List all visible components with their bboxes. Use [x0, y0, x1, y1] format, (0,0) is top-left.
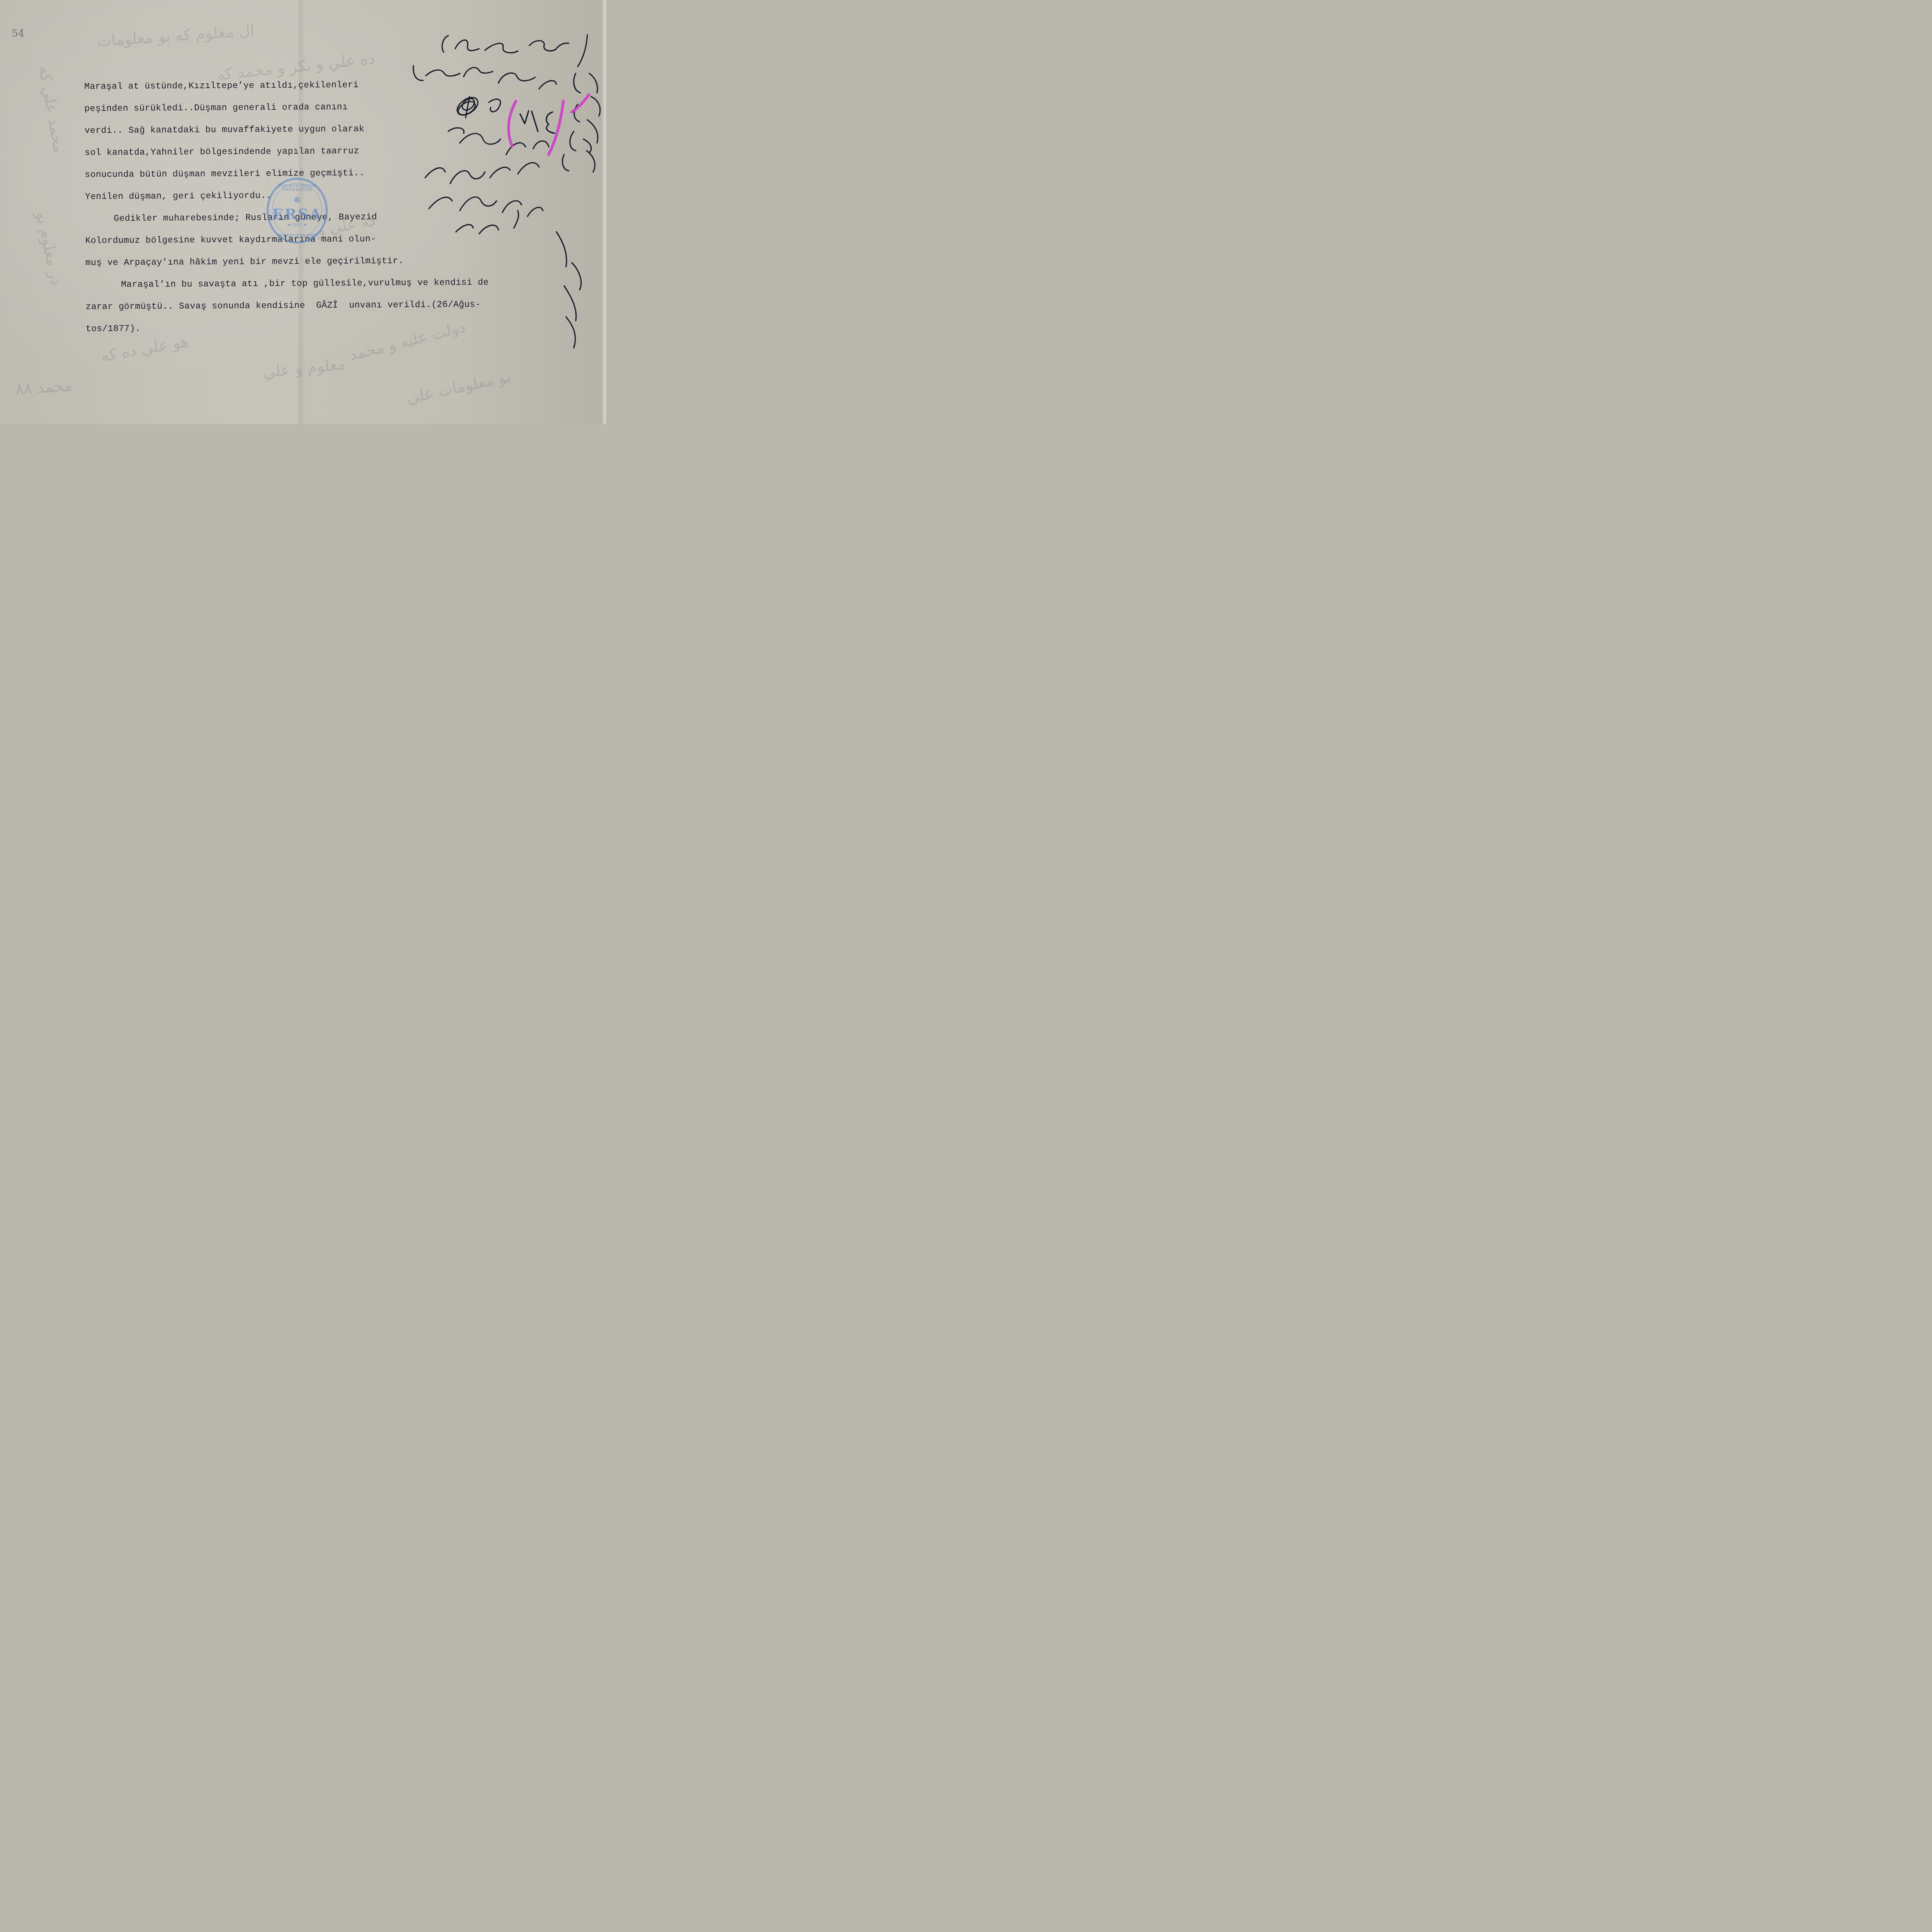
show-through-text: ﻣﺤﻤﺪ ٨٨ [15, 377, 73, 398]
stamp-name: ERSA [269, 205, 326, 223]
stamp-archive-text: ERZURUM ŞEHİR ARŞİVİ [269, 233, 326, 237]
typed-line: Maraşal at üstünde,Kızıltepe’ye atıldı,ç… [84, 73, 455, 98]
typed-line: zarar görmüştü.. Savaş sonunda kendisine… [85, 294, 456, 318]
stamp-university-text: ERZURUM TEKNİK ÜNİVERSİTESİ [269, 184, 326, 192]
typed-line: sol kanatda,Yahniler bölgesindende yapıl… [85, 139, 456, 164]
typed-line: Kolordumuz bölgesine kuvvet kaydırmaları… [85, 228, 456, 252]
handwritten-annotation [402, 15, 606, 363]
snowflake-icon: ✻ [269, 195, 326, 205]
show-through-text: ﻣﻌﻠﻮﻡ ﻭ ﻋﻠﻲ [262, 355, 346, 381]
typed-line: tos/1877). [86, 316, 457, 340]
typed-line: sonucunda bütün düşman mevzileri elimize… [85, 162, 456, 186]
typed-line: peşinden sürükledi..Düşman generali orad… [84, 95, 455, 120]
typed-line: verdi.. Sağ kanatdaki bu muvaffakiyete u… [85, 117, 456, 142]
stamp-year: ★ 2017 ★ [269, 223, 326, 227]
archive-stamp: ERZURUM TEKNİK ÜNİVERSİTESİ ✻ ERSA ★ 201… [267, 178, 328, 243]
document-page: ﺍﻝ ﻣﻌﻠﻮﻡ ﻛﻪ ﺑﻮ ﻣﻌﻠﻮﻣﺎﺕ ﺩﻩ ﻋﻠﻲ ﻭ ﺑﻜﺮ ﻭ ﻣﺤ… [0, 0, 606, 424]
show-through-text: ﺑﻮ ﻣﻌﻠﻮﻣﺎﺕ ﻋﻠﻲ [405, 368, 512, 407]
typed-line: muş ve Arpaçay’ına hâkim yeni bir mevzi … [85, 250, 456, 274]
folio-number: 54 [12, 28, 24, 39]
typed-line: Maraşal’ın bu savaşta atı ,bir top gülle… [85, 272, 456, 296]
show-through-text: ﺩﺭ ﻣﻌﻠﻮﻡ ﺑﻮ [32, 210, 65, 287]
show-through-text: ﻣﺤﻤﺪ ﻋﻠﻲ ﻛﻪ [35, 65, 68, 154]
show-through-text: ﺍﻝ ﻣﻌﻠﻮﻡ ﻛﻪ ﺑﻮ ﻣﻌﻠﻮﻣﺎﺕ [96, 22, 255, 50]
